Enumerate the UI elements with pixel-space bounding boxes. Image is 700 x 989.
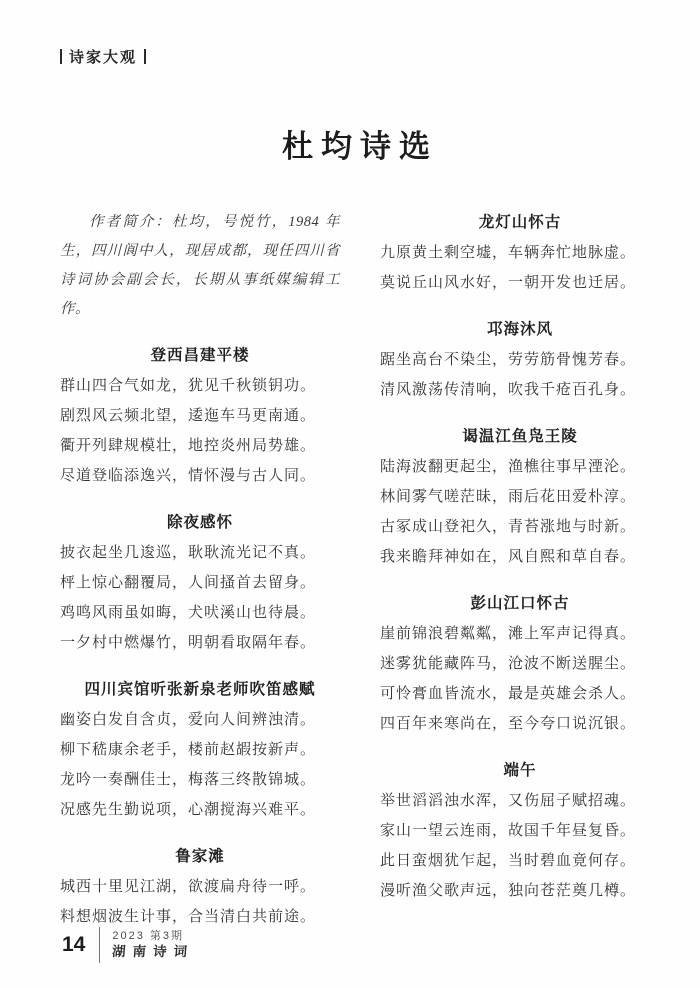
poem-line: 披衣起坐几逡巡，耿耿流光记不真。 bbox=[60, 538, 340, 568]
left-column-poems: 登西昌建平楼群山四合气如龙，犹见千秋锁钥功。剧烈风云频北望，逶迤车马更南通。衢开… bbox=[60, 341, 340, 932]
poem-line: 龙吟一奏酬佳士，梅落三终散锦城。 bbox=[60, 765, 340, 795]
poem-line: 剧烈风云频北望，逶迤车马更南通。 bbox=[60, 401, 340, 431]
page-title: 杜均诗选 bbox=[60, 121, 660, 166]
poem-line: 踞坐高台不染尘，劳劳筋骨愧芳春。 bbox=[380, 345, 660, 375]
poem-line: 陆海波翻更起尘，渔樵往事早湮沦。 bbox=[380, 452, 660, 482]
poem-line: 家山一望云连雨，故国千年昼复昏。 bbox=[380, 816, 660, 846]
author-intro: 作者简介：杜均，号悦竹，1984 年生，四川阆中人，现居成都，现任四川省诗词协会… bbox=[60, 208, 340, 324]
poem-line: 群山四合气如龙，犹见千秋锁钥功。 bbox=[60, 371, 340, 401]
footer-divider bbox=[99, 927, 100, 963]
section-header: 诗家大观 bbox=[60, 46, 146, 67]
poem-line: 莫说丘山风水好，一朝开发也迁居。 bbox=[380, 268, 660, 298]
page-number: 14 bbox=[62, 933, 85, 957]
poem-title: 端午 bbox=[380, 756, 660, 786]
section-header-label: 诗家大观 bbox=[69, 46, 137, 67]
poem-line: 迷雾犹能藏阵马，沧波不断送腥尘。 bbox=[380, 649, 660, 679]
poem-title: 四川宾馆听张新泉老师吹笛感赋 bbox=[60, 675, 340, 705]
poem-line: 可怜膏血皆流水，最是英雄会杀人。 bbox=[380, 679, 660, 709]
poem-title: 除夜感怀 bbox=[60, 508, 340, 538]
left-column: 作者简介：杜均，号悦竹，1984 年生，四川阆中人，现居成都，现任四川省诗词协会… bbox=[60, 208, 340, 932]
poem-line: 四百年来寒尚在，至今夸口说沉银。 bbox=[380, 709, 660, 739]
poem: 四川宾馆听张新泉老师吹笛感赋幽姿白发自含贞，爱向人间辨浊清。柳下嵇康余老手，楼前… bbox=[60, 675, 340, 825]
poem-line: 尽道登临添逸兴，情怀漫与古人同。 bbox=[60, 461, 340, 491]
poem-line: 城西十里见江湖，欲渡扁舟待一呼。 bbox=[60, 872, 340, 902]
right-column: 龙灯山怀古九原黄土剩空墟，车辆奔忙地脉虚。莫说丘山风水好，一朝开发也迁居。邛海沐… bbox=[380, 208, 660, 932]
poem: 除夜感怀披衣起坐几逡巡，耿耿流光记不真。枰上惊心翻覆局，人间搔首去留身。鸡鸣风雨… bbox=[60, 508, 340, 658]
poem-title: 登西昌建平楼 bbox=[60, 341, 340, 371]
poem-line: 崖前锦浪碧粼粼，滩上军声记得真。 bbox=[380, 619, 660, 649]
poem-line: 柳下嵇康余老手，楼前赵嘏按新声。 bbox=[60, 735, 340, 765]
poem-title: 彭山江口怀古 bbox=[380, 589, 660, 619]
poem-line: 九原黄土剩空墟，车辆奔忙地脉虚。 bbox=[380, 238, 660, 268]
poem-line: 林间雾气嗟茫昧，雨后花田爱朴淳。 bbox=[380, 482, 660, 512]
poem: 鲁家滩城西十里见江湖，欲渡扁舟待一呼。料想烟波生计事，合当清白共前途。 bbox=[60, 842, 340, 932]
poem-title: 邛海沐风 bbox=[380, 315, 660, 345]
two-column-layout: 作者简介：杜均，号悦竹，1984 年生，四川阆中人，现居成都，现任四川省诗词协会… bbox=[60, 208, 660, 932]
poem-line: 此日蛮烟犹乍起，当时碧血竟何存。 bbox=[380, 846, 660, 876]
poem-line: 枰上惊心翻覆局，人间搔首去留身。 bbox=[60, 568, 340, 598]
poem-title: 谒温江鱼凫王陵 bbox=[380, 422, 660, 452]
poem-line: 古冢成山登祀久，青苔涨地与时新。 bbox=[380, 512, 660, 542]
magazine-page: 诗家大观 杜均诗选 作者简介：杜均，号悦竹，1984 年生，四川阆中人，现居成都… bbox=[0, 0, 700, 989]
magazine-logo: 湖南诗词 bbox=[112, 943, 195, 961]
poem-line: 幽姿白发自含贞，爱向人间辨浊清。 bbox=[60, 705, 340, 735]
header-left-bar bbox=[60, 49, 62, 64]
poem-title: 龙灯山怀古 bbox=[380, 208, 660, 238]
poem: 邛海沐风踞坐高台不染尘，劳劳筋骨愧芳春。清风激荡传清响，吹我千疮百孔身。 bbox=[380, 315, 660, 405]
poem-line: 鸡鸣风雨虽如晦，犬吠溪山也待晨。 bbox=[60, 598, 340, 628]
poem-line: 况感先生勤说项，心潮搅海兴难平。 bbox=[60, 795, 340, 825]
page-footer: 14 2023 第3期 湖南诗词 bbox=[62, 927, 194, 963]
poem: 端午举世滔滔浊水浑，又伤屈子赋招魂。家山一望云连雨，故国千年昼复昏。此日蛮烟犹乍… bbox=[380, 756, 660, 906]
poem-title: 鲁家滩 bbox=[60, 842, 340, 872]
poem: 登西昌建平楼群山四合气如龙，犹见千秋锁钥功。剧烈风云频北望，逶迤车马更南通。衢开… bbox=[60, 341, 340, 491]
header-right-bar bbox=[144, 49, 146, 64]
issue-label: 2023 第3期 bbox=[112, 929, 194, 943]
poem-line: 我来瞻拜神如在，风自熙和草自春。 bbox=[380, 542, 660, 572]
right-column-poems: 龙灯山怀古九原黄土剩空墟，车辆奔忙地脉虚。莫说丘山风水好，一朝开发也迁居。邛海沐… bbox=[380, 208, 660, 906]
poem-line: 衢开列肆规模壮，地控炎州局势雄。 bbox=[60, 431, 340, 461]
poem-line: 漫听渔父歌声远，独向苍茫奠几樽。 bbox=[380, 876, 660, 906]
poem-line: 一夕村中燃爆竹，明朝看取隔年春。 bbox=[60, 628, 340, 658]
poem: 谒温江鱼凫王陵陆海波翻更起尘，渔樵往事早湮沦。林间雾气嗟茫昧，雨后花田爱朴淳。古… bbox=[380, 422, 660, 572]
poem: 龙灯山怀古九原黄土剩空墟，车辆奔忙地脉虚。莫说丘山风水好，一朝开发也迁居。 bbox=[380, 208, 660, 298]
footer-meta: 2023 第3期 湖南诗词 bbox=[112, 929, 194, 961]
poem: 彭山江口怀古崖前锦浪碧粼粼，滩上军声记得真。迷雾犹能藏阵马，沧波不断送腥尘。可怜… bbox=[380, 589, 660, 739]
poem-line: 清风激荡传清响，吹我千疮百孔身。 bbox=[380, 375, 660, 405]
poem-line: 举世滔滔浊水浑，又伤屈子赋招魂。 bbox=[380, 786, 660, 816]
